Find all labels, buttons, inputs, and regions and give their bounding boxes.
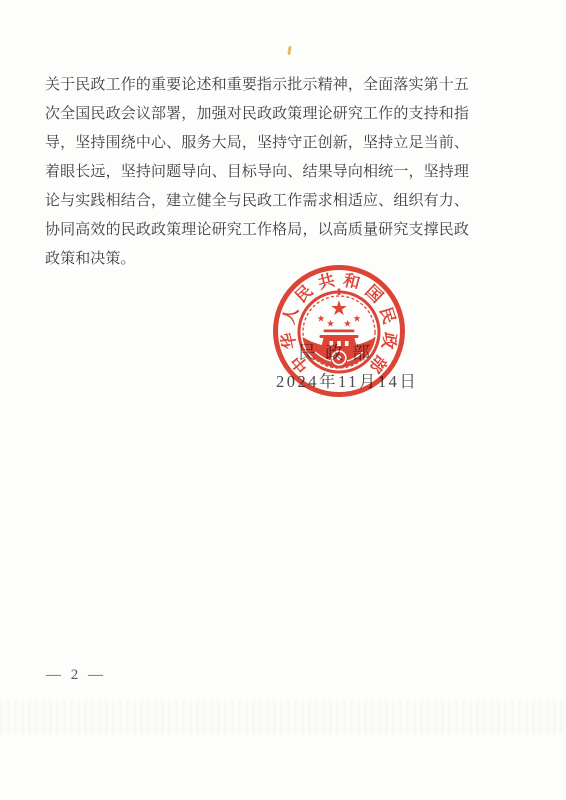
seal-arc-text: 中 华 人 民 共 和 国 民 政 部 (277, 270, 401, 377)
national-emblem-icon (299, 289, 379, 373)
seal-arc-char: 华 (277, 330, 300, 351)
official-seal-stamp: 中 华 人 民 共 和 国 民 政 部 (259, 251, 419, 411)
issue-date: 2024年11月14日 (276, 368, 418, 392)
seal-arc-char: 民 (376, 305, 399, 327)
seal-arc-char: 部 (365, 351, 391, 377)
seal-arc-char: 民 (292, 281, 317, 306)
seal-ring-icon (276, 268, 403, 395)
scan-artifact-mark (287, 46, 291, 55)
seal-arc-char: 国 (361, 281, 386, 306)
page-number: — 2 — (46, 667, 106, 684)
seal-arc-char: 中 (287, 351, 313, 376)
seal-arc-char: 政 (378, 331, 401, 352)
document-page: 关于民政工作的重要论述和重要指示批示精神，全面落实第十五次全国民政会议部署，加强… (0, 0, 566, 800)
seal-arc-char: 人 (279, 304, 302, 326)
body-paragraph: 关于民政工作的重要论述和重要指示批示精神，全面落实第十五次全国民政会议部署，加强… (45, 71, 469, 274)
issuer-name: 民政部 (298, 339, 379, 365)
scan-streaks (0, 700, 566, 734)
